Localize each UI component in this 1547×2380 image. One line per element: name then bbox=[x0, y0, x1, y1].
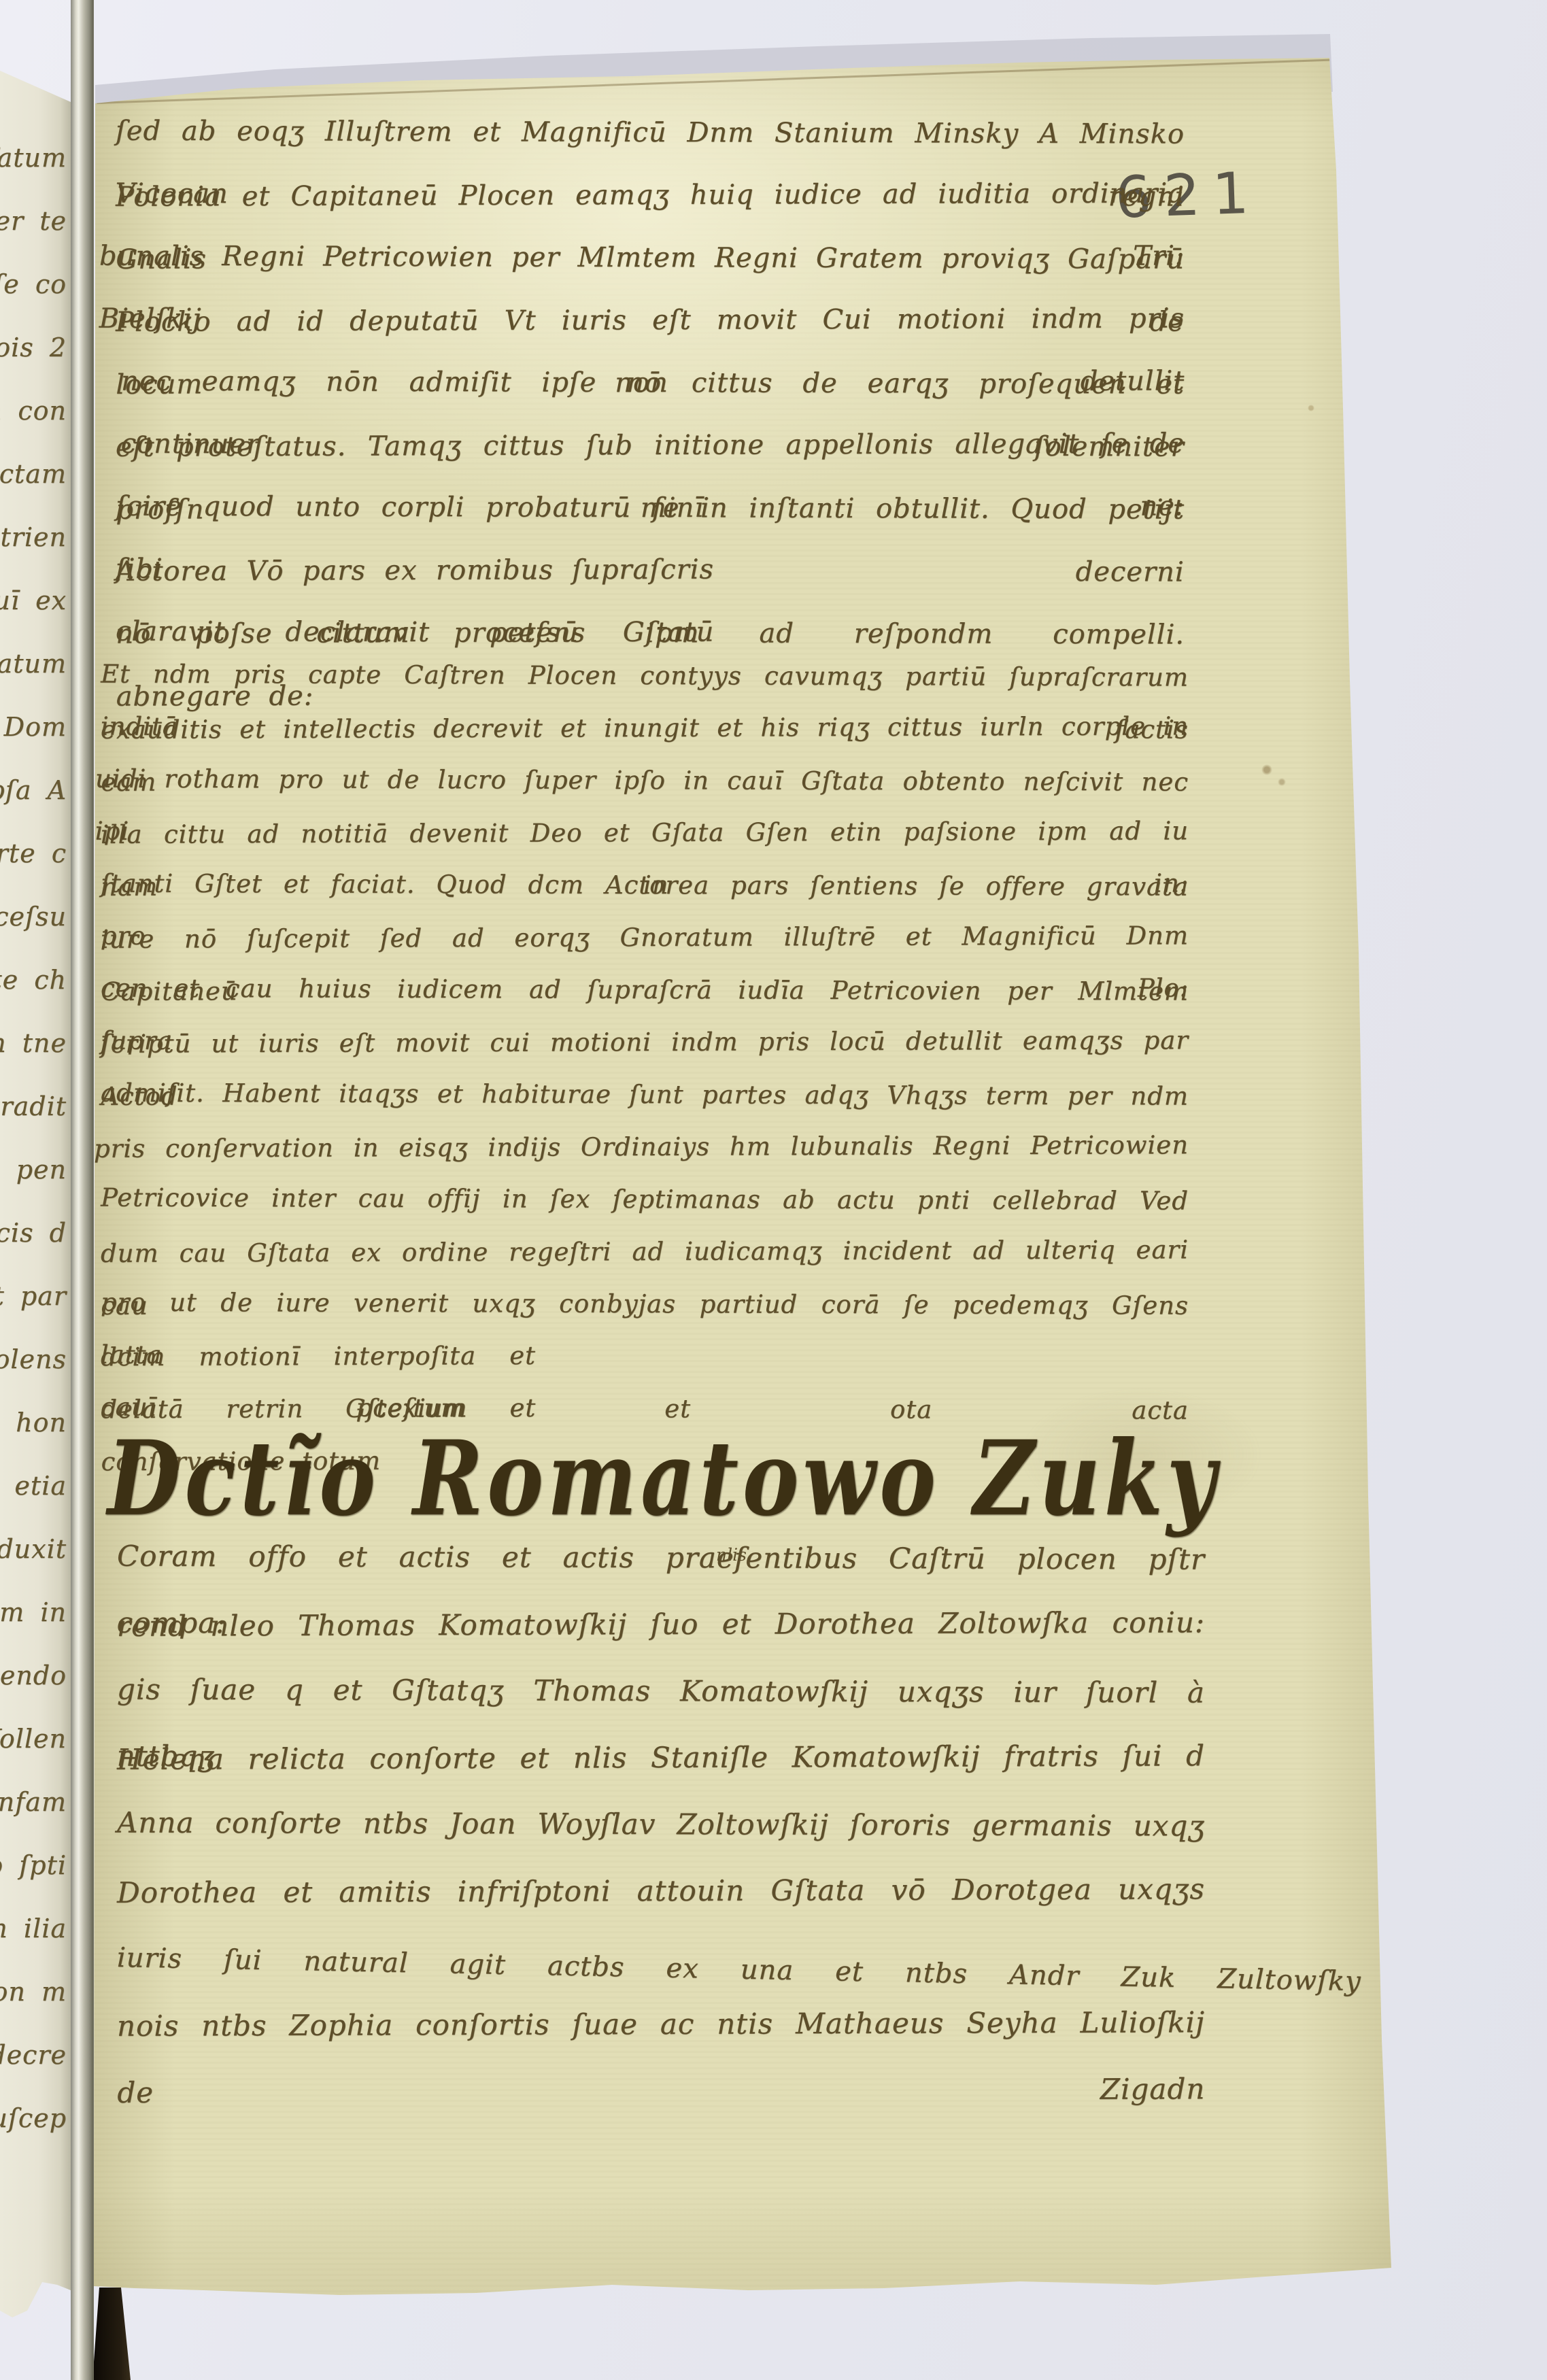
facing-page-text-line: terio ſpti bbox=[0, 1834, 67, 1897]
manuscript-line: gis ſuae q et Gſtatqʒ Thomas Komatowſkij… bbox=[117, 1656, 1205, 1726]
book-spine-wedge bbox=[92, 2288, 132, 2380]
facing-page-text-line: s ſuper te bbox=[0, 190, 67, 253]
facing-page-text-line: ceſsum in bbox=[0, 1581, 67, 1644]
manuscript-line: dcim motionī interpoſita et delatā retri… bbox=[101, 1329, 536, 1383]
facing-page-text-line: ia proceſsu bbox=[0, 885, 67, 949]
paragraph-3: Coram offo et actis et actis praeſentibu… bbox=[117, 1525, 1205, 2058]
manuscript-line: pris conſervation in eisqʒ indijs Ordina… bbox=[94, 1119, 1189, 1175]
manuscript-line: Coram offo et actis et actis praeſentibu… bbox=[117, 1523, 1205, 1593]
manuscript-line: Polonia et Capitaneū Plocen eamqʒ huiq i… bbox=[116, 162, 1185, 228]
facing-page-edge: ctm Gfatum s ſuper te m ſe co is Avois 2… bbox=[0, 0, 71, 2380]
facing-page-text-line: net Volens bbox=[0, 1328, 67, 1391]
facing-page-text-line: m ſe co bbox=[0, 253, 67, 316]
facing-page-text-line: is Avois 2 bbox=[0, 316, 67, 379]
manuscript-line: admiſit. Habent itaqʒs et habiturae ſunt… bbox=[101, 1066, 1189, 1122]
manuscript-line: uidi rotham pro ut de lucro ſuper ipſo i… bbox=[95, 752, 1189, 808]
facing-page-text-line: bars ipſa A bbox=[0, 759, 67, 822]
manuscript-line: eſt proteſtatus. Tamqʒ cittus ſub initio… bbox=[116, 412, 1185, 478]
manuscript-line: Helena relicta conſorte et nlis Staniſle… bbox=[117, 1722, 1205, 1793]
facing-page-text-line: osq eduxit bbox=[0, 1518, 67, 1581]
facing-page-text-line: ndm tne bbox=[0, 1012, 67, 1075]
manuscript-line: ſtanti Gſtet et faciat. Quod dcm Actorea… bbox=[101, 857, 1189, 913]
manuscript-page: 621 ſed ab eoqʒ Illuſtrem et Magnificū D… bbox=[94, 54, 1395, 2332]
facing-page-text-line: ra Anno Dom bbox=[0, 696, 67, 759]
facing-page-text-line: extradit bbox=[0, 1075, 67, 1138]
facing-page-text-line: rnitijs hon bbox=[0, 1391, 67, 1455]
manuscript-line: Dorothea et amitis infriſptoni attouin G… bbox=[117, 1856, 1205, 1926]
entry-heading: Dctĩo Romatowo Zuky bbox=[107, 1428, 1220, 1531]
facing-page-text-line: o laſciendo bbox=[0, 1644, 67, 1707]
facing-page-text-line: n im ilia bbox=[0, 1897, 67, 1960]
facing-page-text-line: ev te dctam bbox=[0, 443, 67, 506]
facing-page-text-line: e decre bbox=[0, 2024, 67, 2087]
facing-page-text-line: no ſuſcep bbox=[0, 2087, 67, 2150]
paragraph-2: Et ndm pris capte Caſtren Plocen contyys… bbox=[101, 649, 1189, 1435]
manuscript-line: cen et cau huius iudicem ad ſupraſcrā iu… bbox=[101, 962, 1189, 1017]
manuscript-line: Plocko ad id deputatū Vt iuris eſt movit… bbox=[116, 287, 1185, 353]
facing-page-text-line: ctm Gfatum bbox=[0, 126, 67, 190]
manuscript-line: ſcire quod unto corpli probaturū ſe in i… bbox=[116, 475, 1185, 541]
manuscript-line: illa cittu ad notitiā devenit Deo et Gſa… bbox=[101, 804, 1189, 861]
manuscript-line: nec eamqʒ nōn admiſit ipſe nō cittus de … bbox=[121, 350, 1185, 416]
manuscript-line: ſed ab eoqʒ Illuſtrem et Magnificū Dnm S… bbox=[116, 100, 1185, 166]
manuscript-line: bunalis Regni Petricowien per Mlmtem Reg… bbox=[99, 224, 1185, 290]
facing-page-text-line: utenticis d bbox=[0, 1202, 67, 1265]
manuscript-line: exauditis et intellectis decrevit et inu… bbox=[101, 700, 1189, 756]
manuscript-line: iure nō ſuſcepit ſed ad eorqʒ Gnoratum i… bbox=[101, 909, 1189, 966]
manuscript-line: Et ndm pris capte Caſtren Plocen contyys… bbox=[101, 647, 1189, 703]
facing-page-text-line: us qʒ etia bbox=[0, 1455, 67, 1518]
manuscript-line: dum cau Gſtata ex ordine regeſtri ad iud… bbox=[101, 1223, 1189, 1280]
manuscript-line: pro ut de iure venerit uxqʒ conbyjas par… bbox=[101, 1276, 1189, 1331]
facing-page-text-line: gen cauī ex bbox=[0, 569, 67, 632]
facing-page-text-line: n poſt par bbox=[0, 1265, 67, 1328]
manuscript-line: rend nleo Thomas Komatowſkij ſuo et Doro… bbox=[117, 1589, 1205, 1660]
facing-page-text-line: etijt parte c bbox=[0, 822, 67, 885]
facing-page-text-line: in con m bbox=[0, 1960, 67, 2024]
facing-page-text: ctm Gfatum s ſuper te m ſe co is Avois 2… bbox=[0, 126, 67, 2150]
glass-edge-bar bbox=[71, 0, 94, 2380]
manuscript-line: Actorea Vō pars ex romibus ſupraſcris nō… bbox=[116, 538, 714, 602]
facing-page-text-line: Vt pote ch bbox=[0, 949, 67, 1012]
facing-page-text-line: pena infam bbox=[0, 1771, 67, 1834]
manuscript-line: Anna conſorte ntbs Joan Woyſlav Zoltowſk… bbox=[117, 1789, 1205, 1859]
facing-page-text-line: aturq Datum bbox=[0, 632, 67, 696]
manuscript-line: ſcriptū ut iuris eſt movit cui motioni i… bbox=[101, 1014, 1189, 1070]
facing-page-text-line: blo cen con bbox=[0, 379, 67, 443]
paragraph-1: ſed ab eoqʒ Illuſtrem et Magnificū Dnm S… bbox=[116, 101, 1185, 664]
manuscript-line: Petricovice inter cau offij in ſex ſepti… bbox=[101, 1171, 1189, 1227]
facing-page-text-line: mpliti pen bbox=[0, 1138, 67, 1202]
facing-page-text-line: ut Wollen bbox=[0, 1707, 67, 1771]
manuscript-line: nois ntbs Zophia conſortis ſuae ac ntis … bbox=[117, 1989, 1205, 2060]
facing-page-text-line: udio petrien bbox=[0, 506, 67, 569]
